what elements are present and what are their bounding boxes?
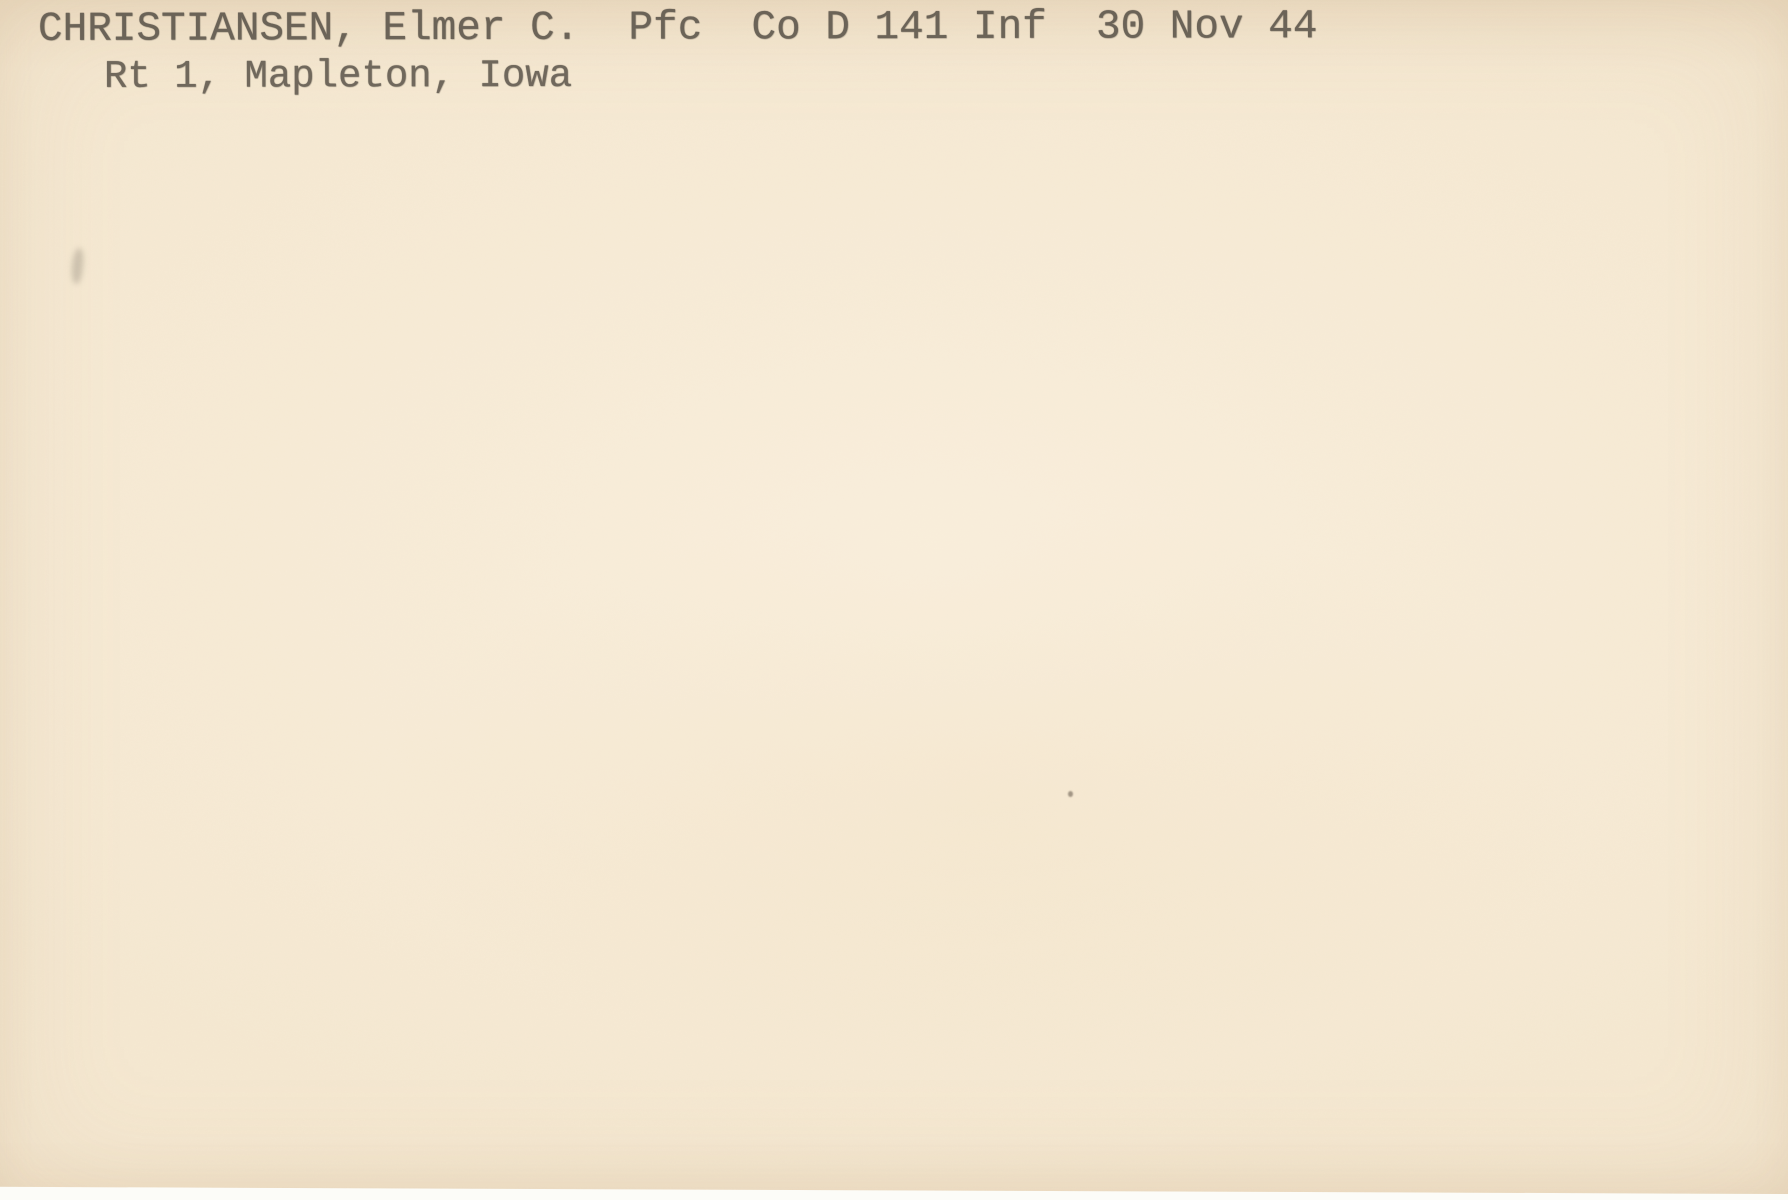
paper-vignette — [0, 0, 1788, 1200]
record-line-name-rank-unit-date: CHRISTIANSEN, Elmer C. Pfc Co D 141 Inf … — [38, 3, 1788, 53]
record-line-address: Rt 1, Mapleton, Iowa — [104, 51, 1788, 99]
paper-speck — [1068, 791, 1073, 797]
index-card: CHRISTIANSEN, Elmer C. Pfc Co D 141 Inf … — [0, 0, 1788, 1200]
paper-texture — [0, 0, 1788, 1200]
scanned-document: CHRISTIANSEN, Elmer C. Pfc Co D 141 Inf … — [0, 0, 1788, 1200]
paper-smudge-mark — [70, 248, 85, 285]
